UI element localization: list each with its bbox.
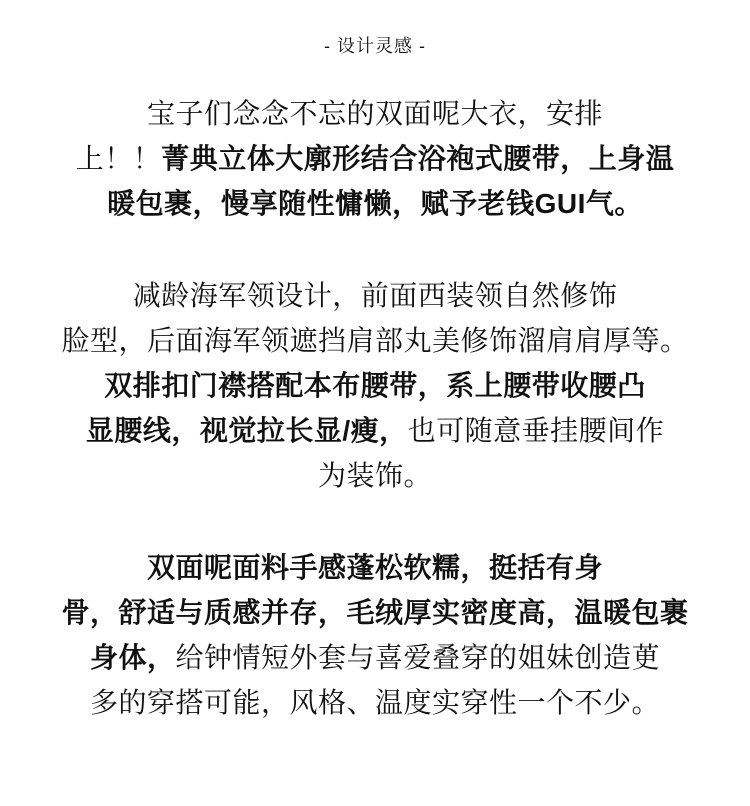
text-line: 减龄海军领设计，前面西装领自然修饰	[45, 273, 705, 318]
text-line: 多的穿搭可能，风格、温度实穿性一个不少。	[45, 680, 705, 725]
text-segment: 双面呢面料手感蓬松软糯，挺括有身	[147, 552, 603, 583]
paragraph-collar-design: 减龄海军领设计，前面西装领自然修饰 脸型，后面海军领遮挡肩部丸美修饰溜肩肩厚等。…	[45, 273, 705, 498]
text-segment: 多的穿搭可能，风格、温度实穿性一个不少。	[90, 687, 660, 718]
text-segment: 也可随意垂挂腰间作	[408, 415, 665, 446]
text-segment: 身体，	[90, 642, 176, 673]
body-text: 宝子们念念不忘的双面呢大衣，安排 上！！菁典立体大廓形结合浴袍式腰带，上身温 暖…	[45, 91, 705, 725]
design-inspiration-page: - 设计灵感 - 宝子们念念不忘的双面呢大衣，安排 上！！菁典立体大廓形结合浴袍…	[0, 0, 750, 806]
text-line: 双面呢面料手感蓬松软糯，挺括有身	[45, 545, 705, 590]
text-segment: 暖包裹，慢享随性慵懒，赋予老钱GUI气。	[107, 188, 643, 219]
text-line: 上！！菁典立体大廓形结合浴袍式腰带，上身温	[45, 136, 705, 181]
text-segment: 显腰线，视觉拉长显/瘦，	[86, 415, 408, 446]
text-segment: 骨，舒适与质感并存，毛绒厚实密度高，温暖包裹	[61, 597, 688, 628]
text-line: 宝子们念念不忘的双面呢大衣，安排	[45, 91, 705, 136]
text-segment: 菁典立体大廓形结合浴袍式腰带，上身温	[161, 143, 674, 174]
text-line: 脸型，后面海军领遮挡肩部丸美修饰溜肩肩厚等。	[45, 318, 705, 363]
text-line: 双排扣门襟搭配本布腰带，系上腰带收腰凸	[45, 363, 705, 408]
text-segment: 宝子们念念不忘的双面呢大衣，安排	[147, 98, 603, 129]
text-line: 身体，给钟情短外套与喜爱叠穿的姐妹创造茰	[45, 635, 705, 680]
text-line: 显腰线，视觉拉长显/瘦，也可随意垂挂腰间作	[45, 408, 705, 453]
text-segment: 为装饰。	[318, 460, 432, 491]
text-segment: 上！！	[76, 143, 162, 174]
text-segment: 双排扣门襟搭配本布腰带，系上腰带收腰凸	[104, 370, 646, 401]
paragraph-fabric-feel: 双面呢面料手感蓬松软糯，挺括有身 骨，舒适与质感并存，毛绒厚实密度高，温暖包裹 …	[45, 545, 705, 725]
paragraph-coat-intro: 宝子们念念不忘的双面呢大衣，安排 上！！菁典立体大廓形结合浴袍式腰带，上身温 暖…	[45, 91, 705, 226]
text-segment: 给钟情短外套与喜爱叠穿的姐妹创造茰	[176, 642, 661, 673]
section-title: - 设计灵感 -	[0, 0, 750, 58]
text-line: 暖包裹，慢享随性慵懒，赋予老钱GUI气。	[45, 181, 705, 226]
text-line: 为装饰。	[45, 453, 705, 498]
text-line: 骨，舒适与质感并存，毛绒厚实密度高，温暖包裹	[45, 590, 705, 635]
text-segment: 脸型，后面海军领遮挡肩部丸美修饰溜肩肩厚等。	[61, 325, 688, 356]
text-segment: 减龄海军领设计，前面西装领自然修饰	[133, 280, 618, 311]
